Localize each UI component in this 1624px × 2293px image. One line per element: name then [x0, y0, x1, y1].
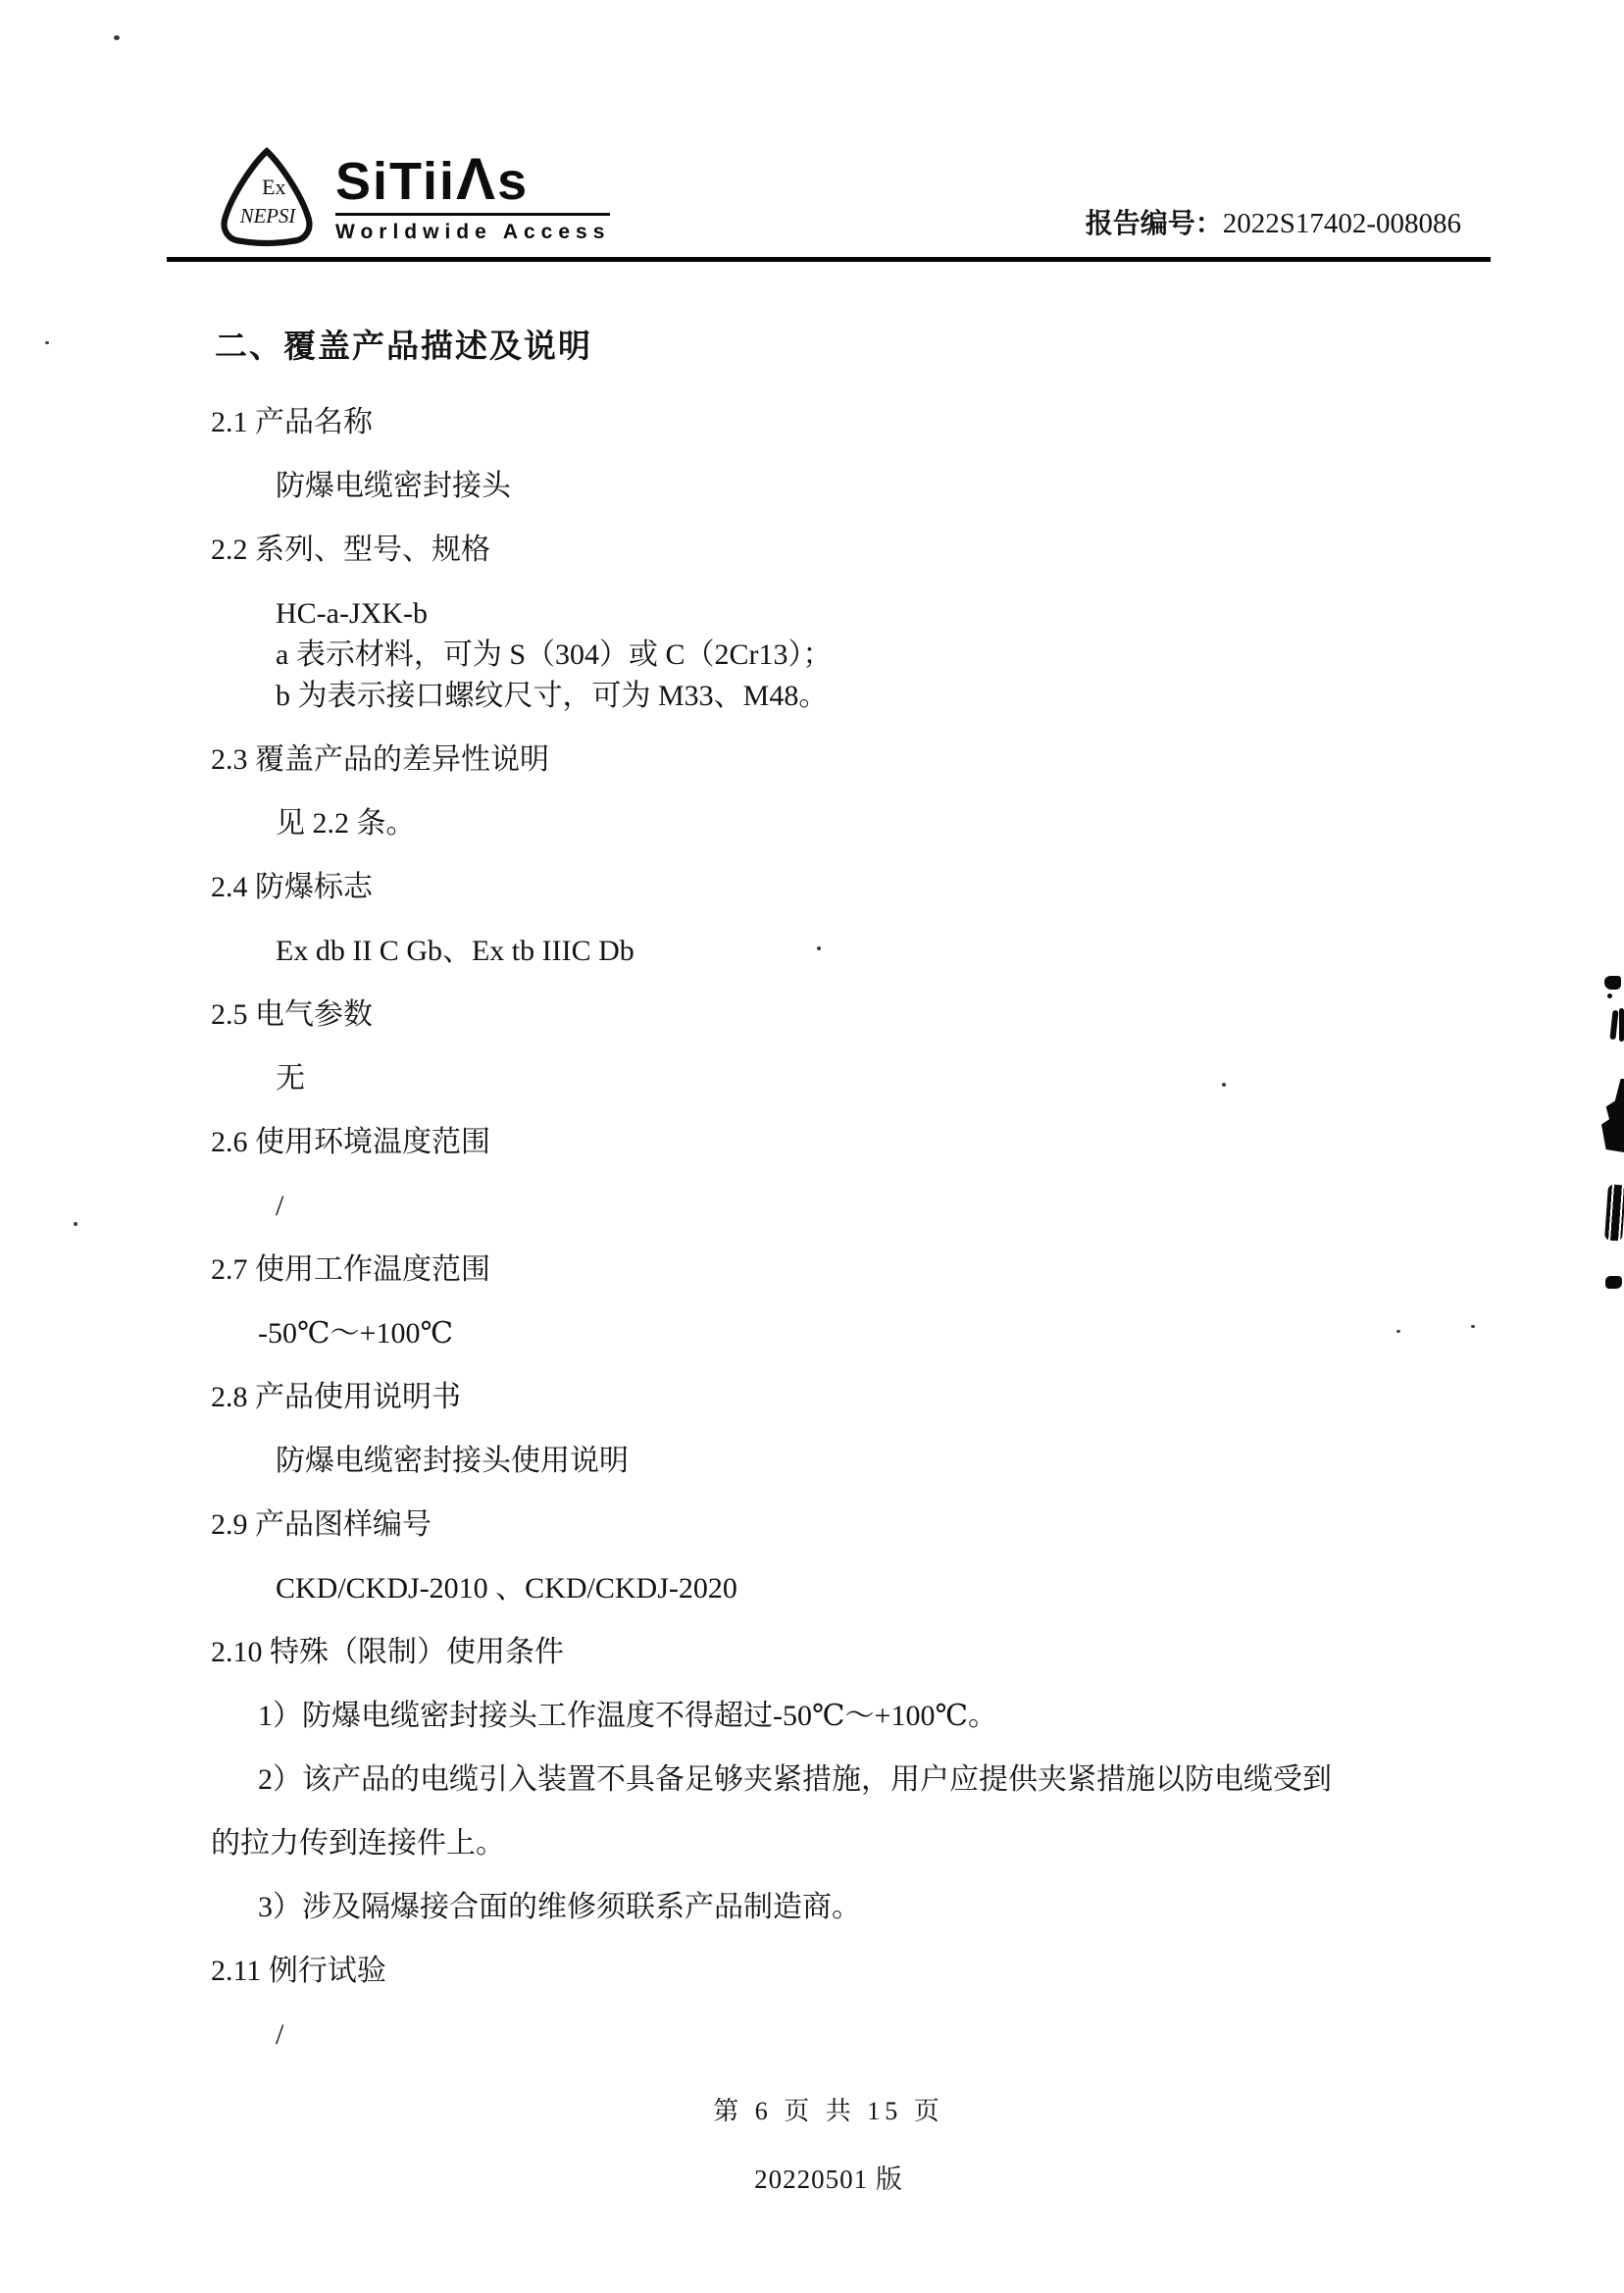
page-number: 第 6 页 共 15 页 — [211, 2091, 1446, 2127]
doc-line-model-b: b 为表示接口螺纹尺寸，可为 M33、M48。 — [211, 682, 1486, 711]
doc-line-slash-2: / — [211, 2020, 1486, 2050]
doc-line-2-7: 2.7 使用工作温度范围 — [211, 1255, 1486, 1285]
doc-line-2-9: 2.9 产品图样编号 — [211, 1510, 1486, 1540]
doc-line-2-3: 2.3 覆盖产品的差异性说明 — [211, 745, 1486, 775]
doc-line-slash-1: / — [211, 1192, 1486, 1221]
scan-speck — [74, 1222, 77, 1226]
nepsi-logo-nepsi-text: NEPSI — [239, 205, 297, 228]
wordmark-post: s — [497, 152, 529, 211]
report-number-label: 报告编号： — [1086, 208, 1223, 238]
scan-artifact — [1609, 1010, 1618, 1040]
wordmark-a-triangle: Λ — [456, 146, 497, 212]
doc-line-none: 无 — [211, 1064, 1486, 1094]
doc-line-ex-marking: Ex db II C Gb、Ex tb IIIC Db — [211, 937, 1486, 966]
scan-artifact — [1619, 1008, 1624, 1042]
ex-nepsi-logo-icon: Ex NEPSI — [216, 145, 318, 249]
doc-line-manual: 防爆电缆密封接头使用说明 — [211, 1447, 1486, 1476]
doc-line-cond-1: 1）防爆电缆密封接头工作温度不得超过-50℃～+100℃。 — [211, 1702, 1486, 1731]
report-page: Ex NEPSI SiTiiΛs Worldwide Access 报告编号：2… — [0, 0, 1624, 2293]
header-divider — [167, 257, 1491, 262]
scan-speck — [114, 35, 120, 40]
version-label: 20220501 版 — [211, 2158, 1446, 2196]
doc-line-2-11: 2.11 例行试验 — [211, 1957, 1486, 1986]
section-title: 二、覆盖产品描述及说明 — [215, 331, 1486, 364]
scan-artifact — [1607, 994, 1612, 998]
scan-artifact — [1604, 1184, 1624, 1241]
doc-line-2-5: 2.5 电气参数 — [211, 1000, 1486, 1030]
doc-line-product-name: 防爆电缆密封接头 — [211, 472, 1486, 501]
scan-speck — [45, 341, 49, 344]
wordmark-pre: SiTii — [335, 152, 456, 211]
scan-artifact — [1601, 1079, 1624, 1152]
document-body: 二、覆盖产品描述及说明 2.1 产品名称 防爆电缆密封接头 2.2 系列、型号、… — [211, 331, 1486, 2084]
doc-line-2-2: 2.2 系列、型号、规格 — [211, 535, 1486, 565]
doc-line-2-10: 2.10 特殊（限制）使用条件 — [211, 1638, 1486, 1667]
doc-line-model: HC-a-JXK-b — [211, 599, 1486, 629]
doc-line-model-a: a 表示材料，可为 S（304）或 C（2Cr13）； — [211, 640, 1486, 670]
scan-speck — [817, 946, 821, 950]
sitiias-wordmark: SiTiiΛs — [335, 153, 610, 208]
doc-line-temp-range: -50℃～+100℃ — [211, 1319, 1486, 1349]
doc-line-2-4: 2.4 防爆标志 — [211, 873, 1486, 902]
scan-speck — [1396, 1330, 1400, 1333]
report-number-value: 2022S17402-008086 — [1223, 208, 1461, 239]
scan-artifact — [1605, 1276, 1622, 1289]
doc-line-cond-3: 3）涉及隔爆接合面的维修须联系产品制造商。 — [211, 1893, 1486, 1922]
doc-line-cond-2-wrap: 的拉力传到连接件上。 — [211, 1829, 1486, 1859]
scan-artifact — [1604, 976, 1621, 990]
doc-line-drawing-no: CKD/CKDJ-2010 、CKD/CKDJ-2020 — [211, 1574, 1486, 1604]
doc-line-2-6: 2.6 使用环境温度范围 — [211, 1128, 1486, 1157]
doc-line-2-8: 2.8 产品使用说明书 — [211, 1383, 1486, 1412]
sitiias-logo: SiTiiΛs Worldwide Access — [335, 153, 610, 244]
doc-line-see-2-2: 见 2.2 条。 — [211, 809, 1486, 839]
doc-line-2-1: 2.1 产品名称 — [211, 408, 1486, 437]
scan-speck — [1471, 1325, 1475, 1328]
report-number: 报告编号：2022S17402-008086 — [1086, 208, 1461, 240]
scan-speck — [1222, 1083, 1226, 1087]
nepsi-logo-ex-text: Ex — [262, 176, 285, 199]
brand-tagline: Worldwide Access — [335, 213, 610, 244]
doc-line-cond-2: 2）该产品的电缆引入装置不具备足够夹紧措施，用户应提供夹紧措施以防电缆受到 — [211, 1765, 1486, 1795]
